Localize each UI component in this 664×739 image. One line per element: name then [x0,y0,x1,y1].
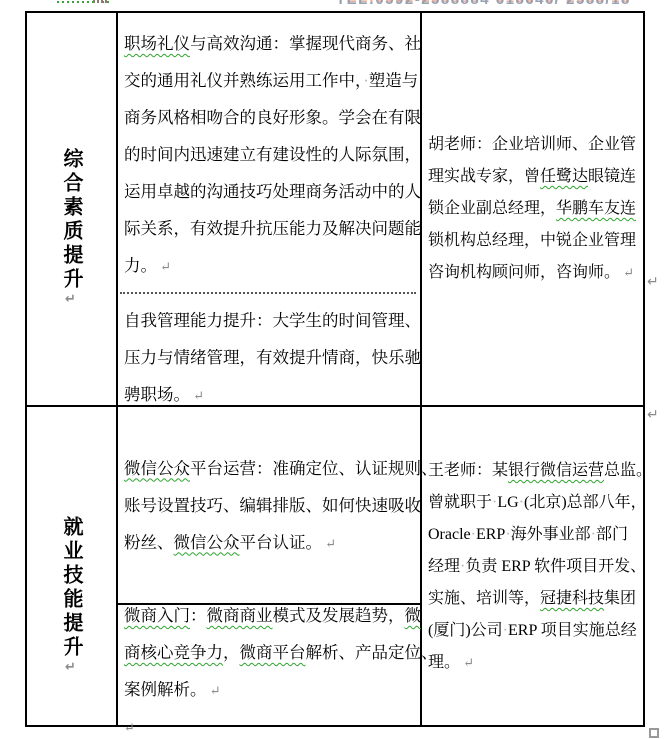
text-line: 王老师：某银行微信运营总监。 [428,455,639,487]
clipped-text-fragment [93,0,109,3]
text-line: Oracle·ERP·海外事业部·部门 [428,519,639,551]
text-line: 交的通用礼仪并熟练运用工作中，·塑造与 [124,62,414,99]
text-line: 实施、培训等，冠捷科技集团 [428,583,639,615]
text-line: ↵ [124,708,414,739]
paragraph-weishang-intro: 微商入门：微商商业模式及发展趋势，微商核心竞争力，微商平台解析、产品定位、案例解… [124,597,414,739]
text-line: 账号设置技巧、编辑排版、如何快速吸收 [124,487,414,524]
text-line: 就业技能提升↵ [57,516,86,679]
page-header-clipped: TEL:0592-2588884 618646/ 2588/18 [336,0,664,8]
vertical-label: 综合素质提升↵ [57,148,86,311]
table-resize-handle-icon [649,728,659,738]
text-line: 际关系，有效提升抗压能力及解决问题能 [124,210,414,247]
end-of-row-mark: ↵ [647,407,659,423]
text-line: 力。 ↵ [124,247,414,284]
cell-teacher-hu: 胡老师：企业培训师、企业管理实战专家，曾任鹭达眼镜连锁企业副总经理，华鹏车友连锁… [422,13,645,405]
text-line: 的时间内迅速建立有建设性的人际氛围， [124,136,414,173]
vertical-label: 就业技能提升↵ [57,516,86,679]
cell-wechat-platform: 微信公众平台运营：准确定位、认证规则、账号设置技巧、编辑排版、如何快速吸收粉丝、… [118,407,420,603]
cell-weishang-intro: 微商入门：微商商业模式及发展趋势，微商核心竞争力，微商平台解析、产品定位、案例解… [118,605,420,727]
paragraph-teacher-hu: 胡老师：企业培训师、企业管理实战专家，曾任鹭达眼镜连锁企业副总经理，华鹏车友连锁… [428,129,639,289]
text-line: 锁机构总经理，中锐企业管理 [428,225,639,257]
text-line: 自我管理能力提升：大学生的时间管理、 [124,302,414,339]
course-table: 综合素质提升↵ 就业技能提升↵ 职场礼仪与高效沟通：掌握现代商务、社交的通用礼仪… [25,11,645,727]
paragraph-self-management: 自我管理能力提升：大学生的时间管理、压力与情绪管理，有效提升情商，快乐驰骋职场。… [124,302,414,413]
text-line: 咨询机构顾问师，咨询师。 ↵ [428,257,639,289]
row-header-quality-improvement: 综合素质提升↵ [27,13,116,405]
text-line: 微商入门：微商商业模式及发展趋势，微 [124,597,414,634]
paragraph-wechat-platform: 微信公众平台运营：准确定位、认证规则、账号设置技巧、编辑排版、如何快速吸收粉丝、… [124,450,414,561]
text-line: 综合素质提升↵ [57,148,86,311]
text-line: 理实战专家，曾任鹭达眼镜连 [428,161,639,193]
cell-course-row1: 职场礼仪与高效沟通：掌握现代商务、社交的通用礼仪并熟练运用工作中，·塑造与商务风… [118,13,420,405]
phone-number-text: TEL:0592-2588884 618646/ 2588/18 [336,0,631,8]
text-line: 压力与情绪管理，有效提升情商，快乐驰 [124,339,414,376]
row-header-employment-skills: 就业技能提升↵ [27,407,116,727]
text-line: 粉丝、微信公众平台认证。 ↵ [124,524,414,561]
paragraph-workplace-etiquette: 职场礼仪与高效沟通：掌握现代商务、社交的通用礼仪并熟练运用工作中，·塑造与商务风… [124,25,414,284]
text-line: 商核心竞争力，微商平台解析、产品定位、 [124,634,414,671]
text-line: 理。 ↵ [428,647,639,679]
text-line: 经理·负责 ERP 软件项目开发、 [428,551,639,583]
text-line: 职场礼仪与高效沟通：掌握现代商务、社 [124,25,414,62]
text-line: 商务风格相吻合的良好形象。学会在有限 [124,99,414,136]
text-line: 曾就职于·LG·(北京)总部八年， [428,487,639,519]
text-line: 案例解析。 ↵ [124,671,414,708]
text-line: 微信公众平台运营：准确定位、认证规则、 [124,450,414,487]
paragraph-teacher-wang: 王老师：某银行微信运营总监。曾就职于·LG·(北京)总部八年，Oracle·ER… [428,455,639,679]
text-line: (厦门)公司·ERP 项目实施总经 [428,615,639,647]
cell-teacher-wang: 王老师：某银行微信运营总监。曾就职于·LG·(北京)总部八年，Oracle·ER… [422,407,645,727]
end-of-row-mark: ↵ [647,274,659,290]
dotted-paragraph-divider [120,292,416,294]
text-line: 胡老师：企业培训师、企业管 [428,129,639,161]
text-line: 运用卓越的沟通技巧处理商务活动中的人 [124,173,414,210]
text-line: 锁企业副总经理，华鹏车友连 [428,193,639,225]
